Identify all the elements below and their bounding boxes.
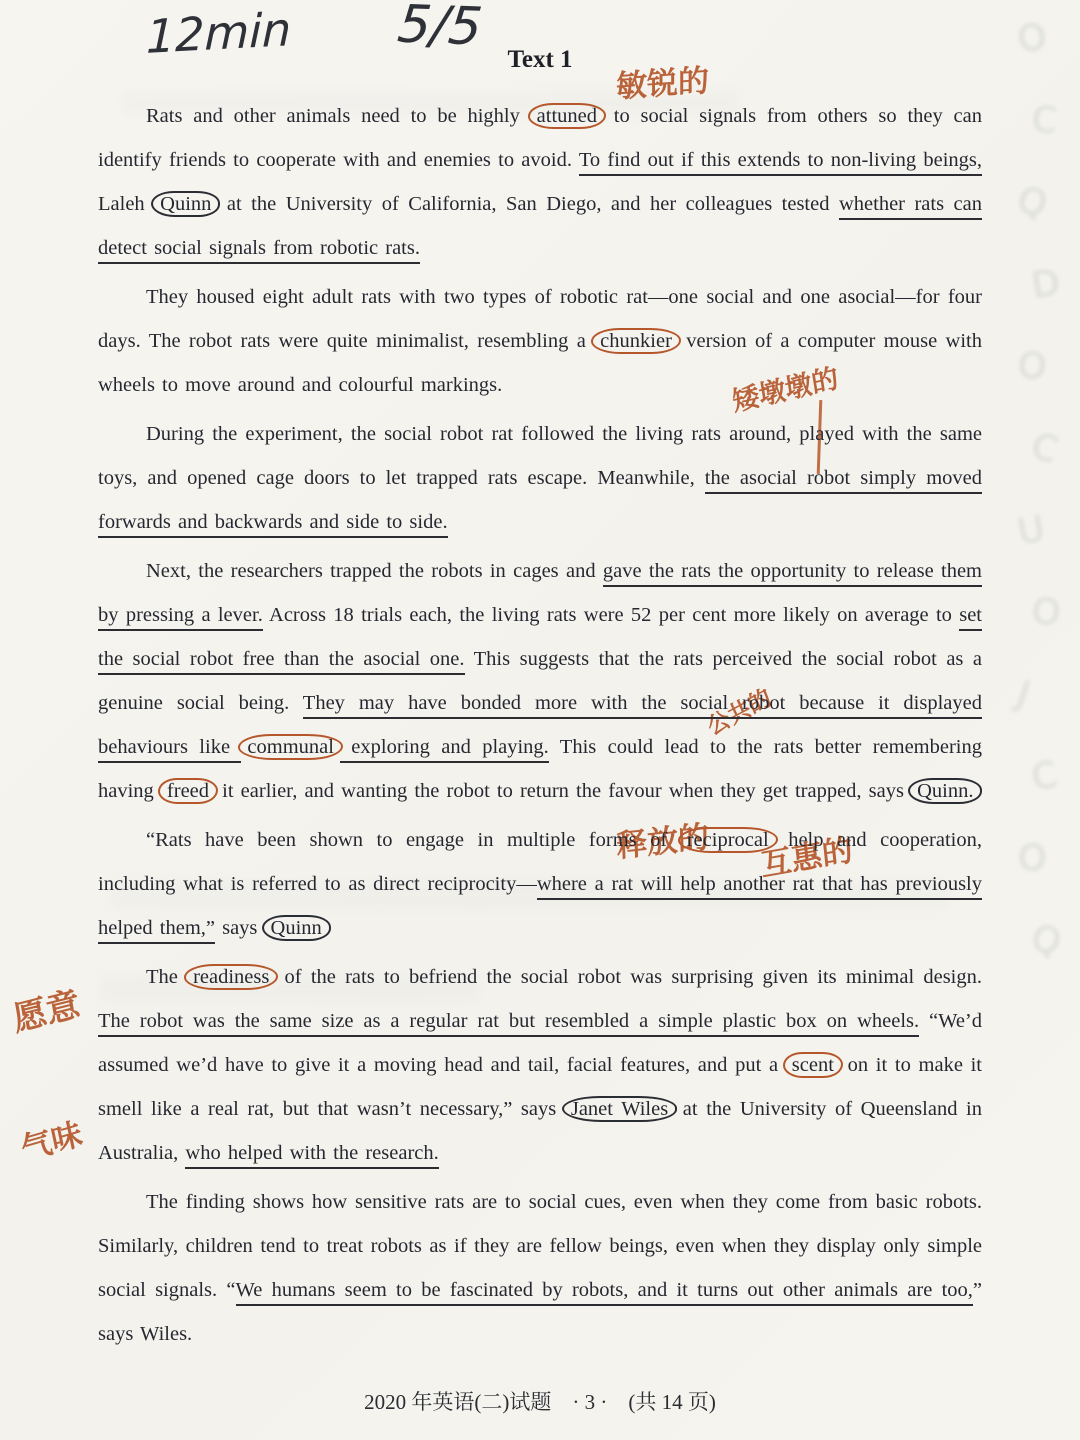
bleed-through-ghost: D [1029,262,1063,307]
pen-circled-word: Janet Wiles [562,1096,677,1122]
bleed-through-ghost: Q [1026,917,1066,965]
text-segment: The [146,966,187,988]
underlined-text: The robot was the same size as a regular… [98,1010,919,1037]
text-segment: it earlier, and wanting the robot to ret… [215,780,911,802]
paragraph: The readiness of the rats to befriend th… [98,955,982,1175]
text-segment: at the University of California, San Die… [217,193,839,215]
readiness-gloss-note: 愿意 [9,976,84,1041]
paragraph: “Rats have been shown to engage in multi… [98,818,982,950]
text-segment: “Rats have been shown to engage in multi… [146,829,681,851]
bleed-through-ghost: J [1012,673,1035,715]
page-title: Text 1 [98,40,982,80]
red-circled-word: freed [158,778,218,804]
scent-gloss-note: 气味 [17,1108,86,1169]
red-circled-underlined-word: communal [238,734,343,760]
text-segment: Next, the researchers trapped the robots… [146,560,603,582]
red-circled-word: attuned [528,103,606,129]
paragraph: They housed eight adult rats with two ty… [98,275,982,407]
paragraph: Rats and other animals need to be highly… [98,94,982,270]
paragraph: The finding shows how sensitive rats are… [98,1180,982,1356]
paragraph: Next, the researchers trapped the robots… [98,549,982,813]
article-body: Rats and other animals need to be highly… [98,94,982,1356]
paragraph: During the experiment, the social robot … [98,412,982,544]
underlined-text: We humans seem to be fascinated by robot… [236,1279,973,1306]
scanned-exam-page: OCQDOCUOJCOQ 12min5/5敏锐的矮墩墩的公共的释放的互惠的愿意气… [0,0,1080,1440]
bleed-through-ghost: O [1015,16,1050,61]
pen-circled-word: Quinn. [908,778,982,804]
article: Text 1 Rats and other animals need to be… [98,40,982,1361]
bleed-through-ghost: O [1017,345,1048,388]
underlined-text: exploring and playing. [340,736,549,763]
bleed-through-ghost: O [1017,837,1048,880]
text-segment: Rats and other animals need to be highly [146,105,531,127]
text-segment: Laleh [98,193,154,215]
text-segment: Across 18 trials each, the living rats w… [263,604,959,626]
pen-circled-word: Quinn [151,191,220,217]
pen-circled-word: Quinn [262,915,331,941]
red-circled-word: reciprocal [678,827,778,853]
underlined-text: who helped with the research. [185,1142,438,1169]
page-footer: 2020 年英语(二)试题 · 3 · (共 14 页) [0,1386,1080,1416]
bleed-through-ghost: O [1031,591,1062,634]
bleed-through-ghost: Q [1012,179,1052,227]
red-circled-word: scent [783,1052,843,1078]
text-segment: says [215,917,265,939]
red-circled-word: readiness [184,964,278,990]
bleed-through-ghost: C [1026,425,1063,472]
underlined-text: To find out if this extends to non-livin… [579,149,982,176]
text-segment: of the rats to befriend the social robot… [275,966,982,988]
red-circled-word: chunkier [591,328,681,354]
bleed-through-ghost: U [1015,508,1048,553]
bleed-through-ghost: C [1031,99,1059,142]
bleed-through-ghost: C [1029,754,1061,799]
